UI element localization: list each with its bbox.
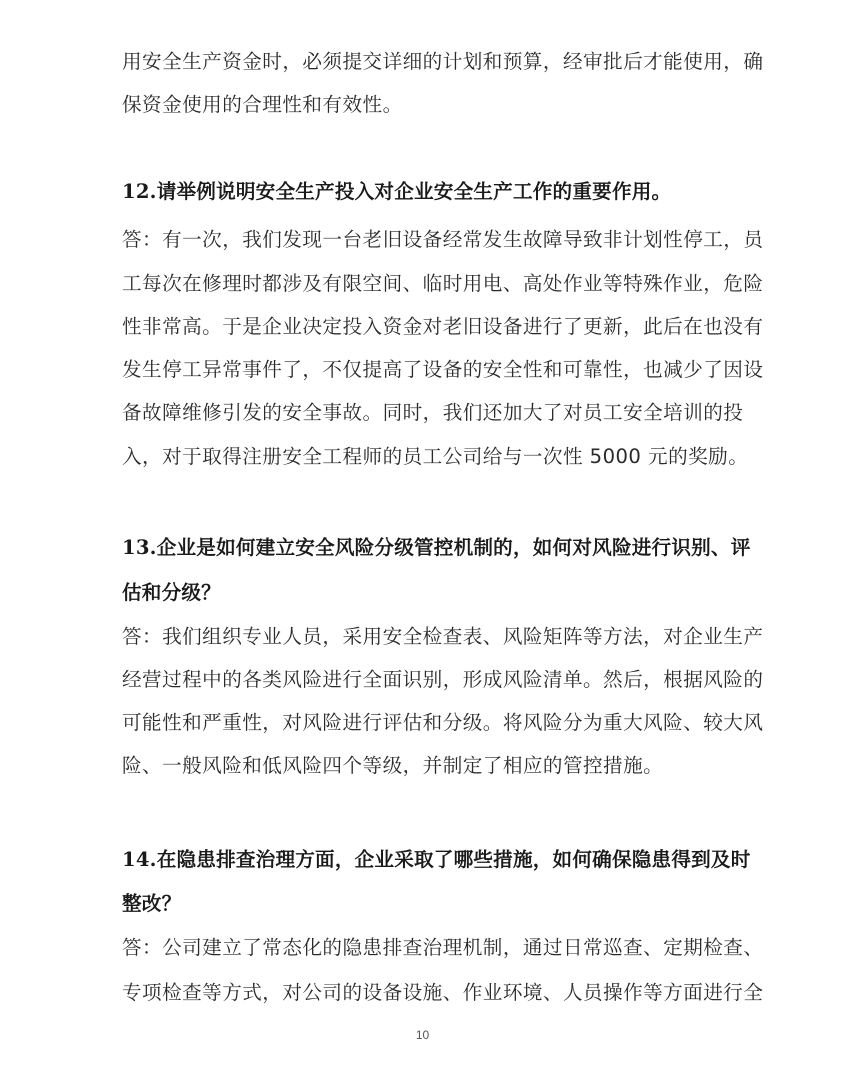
answer-13-line: 险、一般风险和低风险四个等级，并制定了相应的管控措施。 (122, 751, 722, 781)
answer-14-line: 答：公司建立了常态化的隐患排查治理机制，通过日常巡查、定期检查、 (122, 933, 722, 963)
answer-12-line: 入，对于取得注册安全工程师的员工公司给与一次性 5000 元的奖励。 (122, 442, 722, 472)
answer-13-line: 经营过程中的各类风险进行全面识别，形成风险清单。然后，根据风险的 (122, 665, 722, 695)
question-12-heading: 12.请举例说明安全生产投入对企业安全生产工作的重要作用。 (122, 177, 722, 207)
answer-12-line: 备故障维修引发的安全事故。同时，我们还加大了对员工安全培训的投 (122, 398, 722, 428)
answer-13-line: 答：我们组织专业人员，采用安全检查表、风险矩阵等方法，对企业生产 (122, 622, 722, 652)
question-14-heading: 整改？ (122, 889, 722, 919)
paragraph-line: 用安全生产资金时，必须提交详细的计划和预算，经审批后才能使用，确 (122, 47, 722, 77)
document-page: 用安全生产资金时，必须提交详细的计划和预算，经审批后才能使用，确 保资金使用的合… (0, 0, 845, 1085)
paragraph-line: 保资金使用的合理性和有效性。 (122, 90, 722, 120)
question-13-heading: 估和分级？ (122, 578, 722, 608)
question-13-heading: 13.企业是如何建立安全风险分级管控机制的，如何对风险进行识别、评 (122, 533, 722, 563)
answer-12-line: 性非常高。于是企业决定投入资金对老旧设备进行了更新，此后在也没有 (122, 312, 722, 342)
answer-12-line: 答：有一次，我们发现一台老旧设备经常发生故障导致非计划性停工，员 (122, 225, 722, 255)
answer-13-line: 可能性和严重性，对风险进行评估和分级。将风险分为重大风险、较大风 (122, 708, 722, 738)
answer-14-line: 专项检查等方式，对公司的设备设施、作业环境、人员操作等方面进行全 (122, 978, 722, 1008)
answer-12-line: 发生停工异常事件了，不仅提高了设备的安全性和可靠性，也减少了因设 (122, 355, 722, 385)
question-14-heading: 14.在隐患排查治理方面，企业采取了哪些措施，如何确保隐患得到及时 (122, 845, 722, 875)
page-number: 10 (0, 1028, 845, 1042)
answer-12-line: 工每次在修理时都涉及有限空间、临时用电、高处作业等特殊作业，危险 (122, 269, 722, 299)
